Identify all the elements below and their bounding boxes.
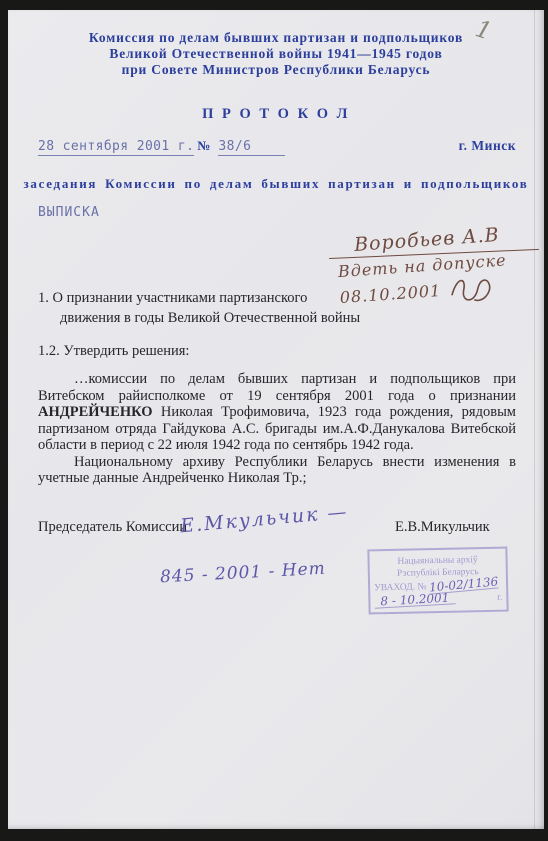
letterhead-line3: при Совете Министров Республики Беларусь — [8, 62, 544, 78]
archive-stamp: Нацыянальны архіў Рэспублікі Беларусь УВ… — [367, 547, 508, 615]
letterhead: Комиссия по делам бывших партизан и подп… — [8, 30, 544, 78]
handwritten-resolution: Воробьев А.В Вдеть на допуске 08.10.2001 — [335, 221, 545, 315]
signer-name: Е.В.Микульчик — [395, 519, 490, 536]
resolution-signature-flourish — [446, 270, 500, 308]
stamp-date-row: 8 - 10.2001 г. — [374, 592, 502, 609]
decision-pre: …комиссии по делам бывших партизан и под… — [38, 371, 516, 404]
stamp-date-suffix: г. — [497, 592, 502, 604]
extract-label: ВЫПИСКА — [38, 205, 100, 220]
signer-role: Председатель Комиссии — [38, 519, 187, 536]
archive-instruction: Национальному архиву Республики Беларусь… — [38, 454, 516, 487]
scanned-document: 1 Комиссия по делам бывших партизан и по… — [0, 0, 548, 841]
document-page: 1 Комиссия по делам бывших партизан и по… — [8, 10, 544, 829]
decision-text: …комиссии по делам бывших партизан и под… — [38, 371, 516, 454]
letterhead-line1: Комиссия по делам бывших партизан и подп… — [8, 30, 544, 46]
agenda-item-1-line1: 1. О признании участниками партизанского — [38, 288, 360, 308]
city-label: г. Минск — [459, 138, 516, 154]
document-subtitle: заседания Комиссии по делам бывших парти… — [8, 176, 544, 192]
surname-bold: АНДРЕЙЧЕНКО — [38, 404, 153, 420]
agenda-item-1-line2: движения в годы Великой Отечественной во… — [38, 308, 360, 328]
autograph-dash: — — [318, 501, 349, 525]
agenda-item-12: 1.2. Утвердить решения: — [38, 343, 189, 360]
number-field: 38/6 — [218, 139, 285, 156]
signature-autograph: Е.Мкульчик — — [179, 501, 349, 538]
date-field: 28 сентября 2001 г. — [38, 139, 194, 156]
document-title: П Р О Т О К О Л — [8, 106, 544, 123]
meta-row: 28 сентября 2001 г.№38/6 г. Минск — [38, 137, 516, 157]
file-number-handwritten: 845 - 2001 - Нет — [160, 559, 327, 588]
number-sign: № — [197, 138, 210, 153]
autograph-text: Е.Мкульчик — [179, 503, 320, 537]
stamp-date-value: 8 - 10.2001 — [374, 591, 456, 608]
decision-paragraph: …комиссии по делам бывших партизан и под… — [38, 371, 516, 487]
agenda-item-1: 1. О признании участниками партизанского… — [38, 288, 360, 328]
letterhead-line2: Великой Отечественной войны 1941—1945 го… — [8, 46, 544, 62]
